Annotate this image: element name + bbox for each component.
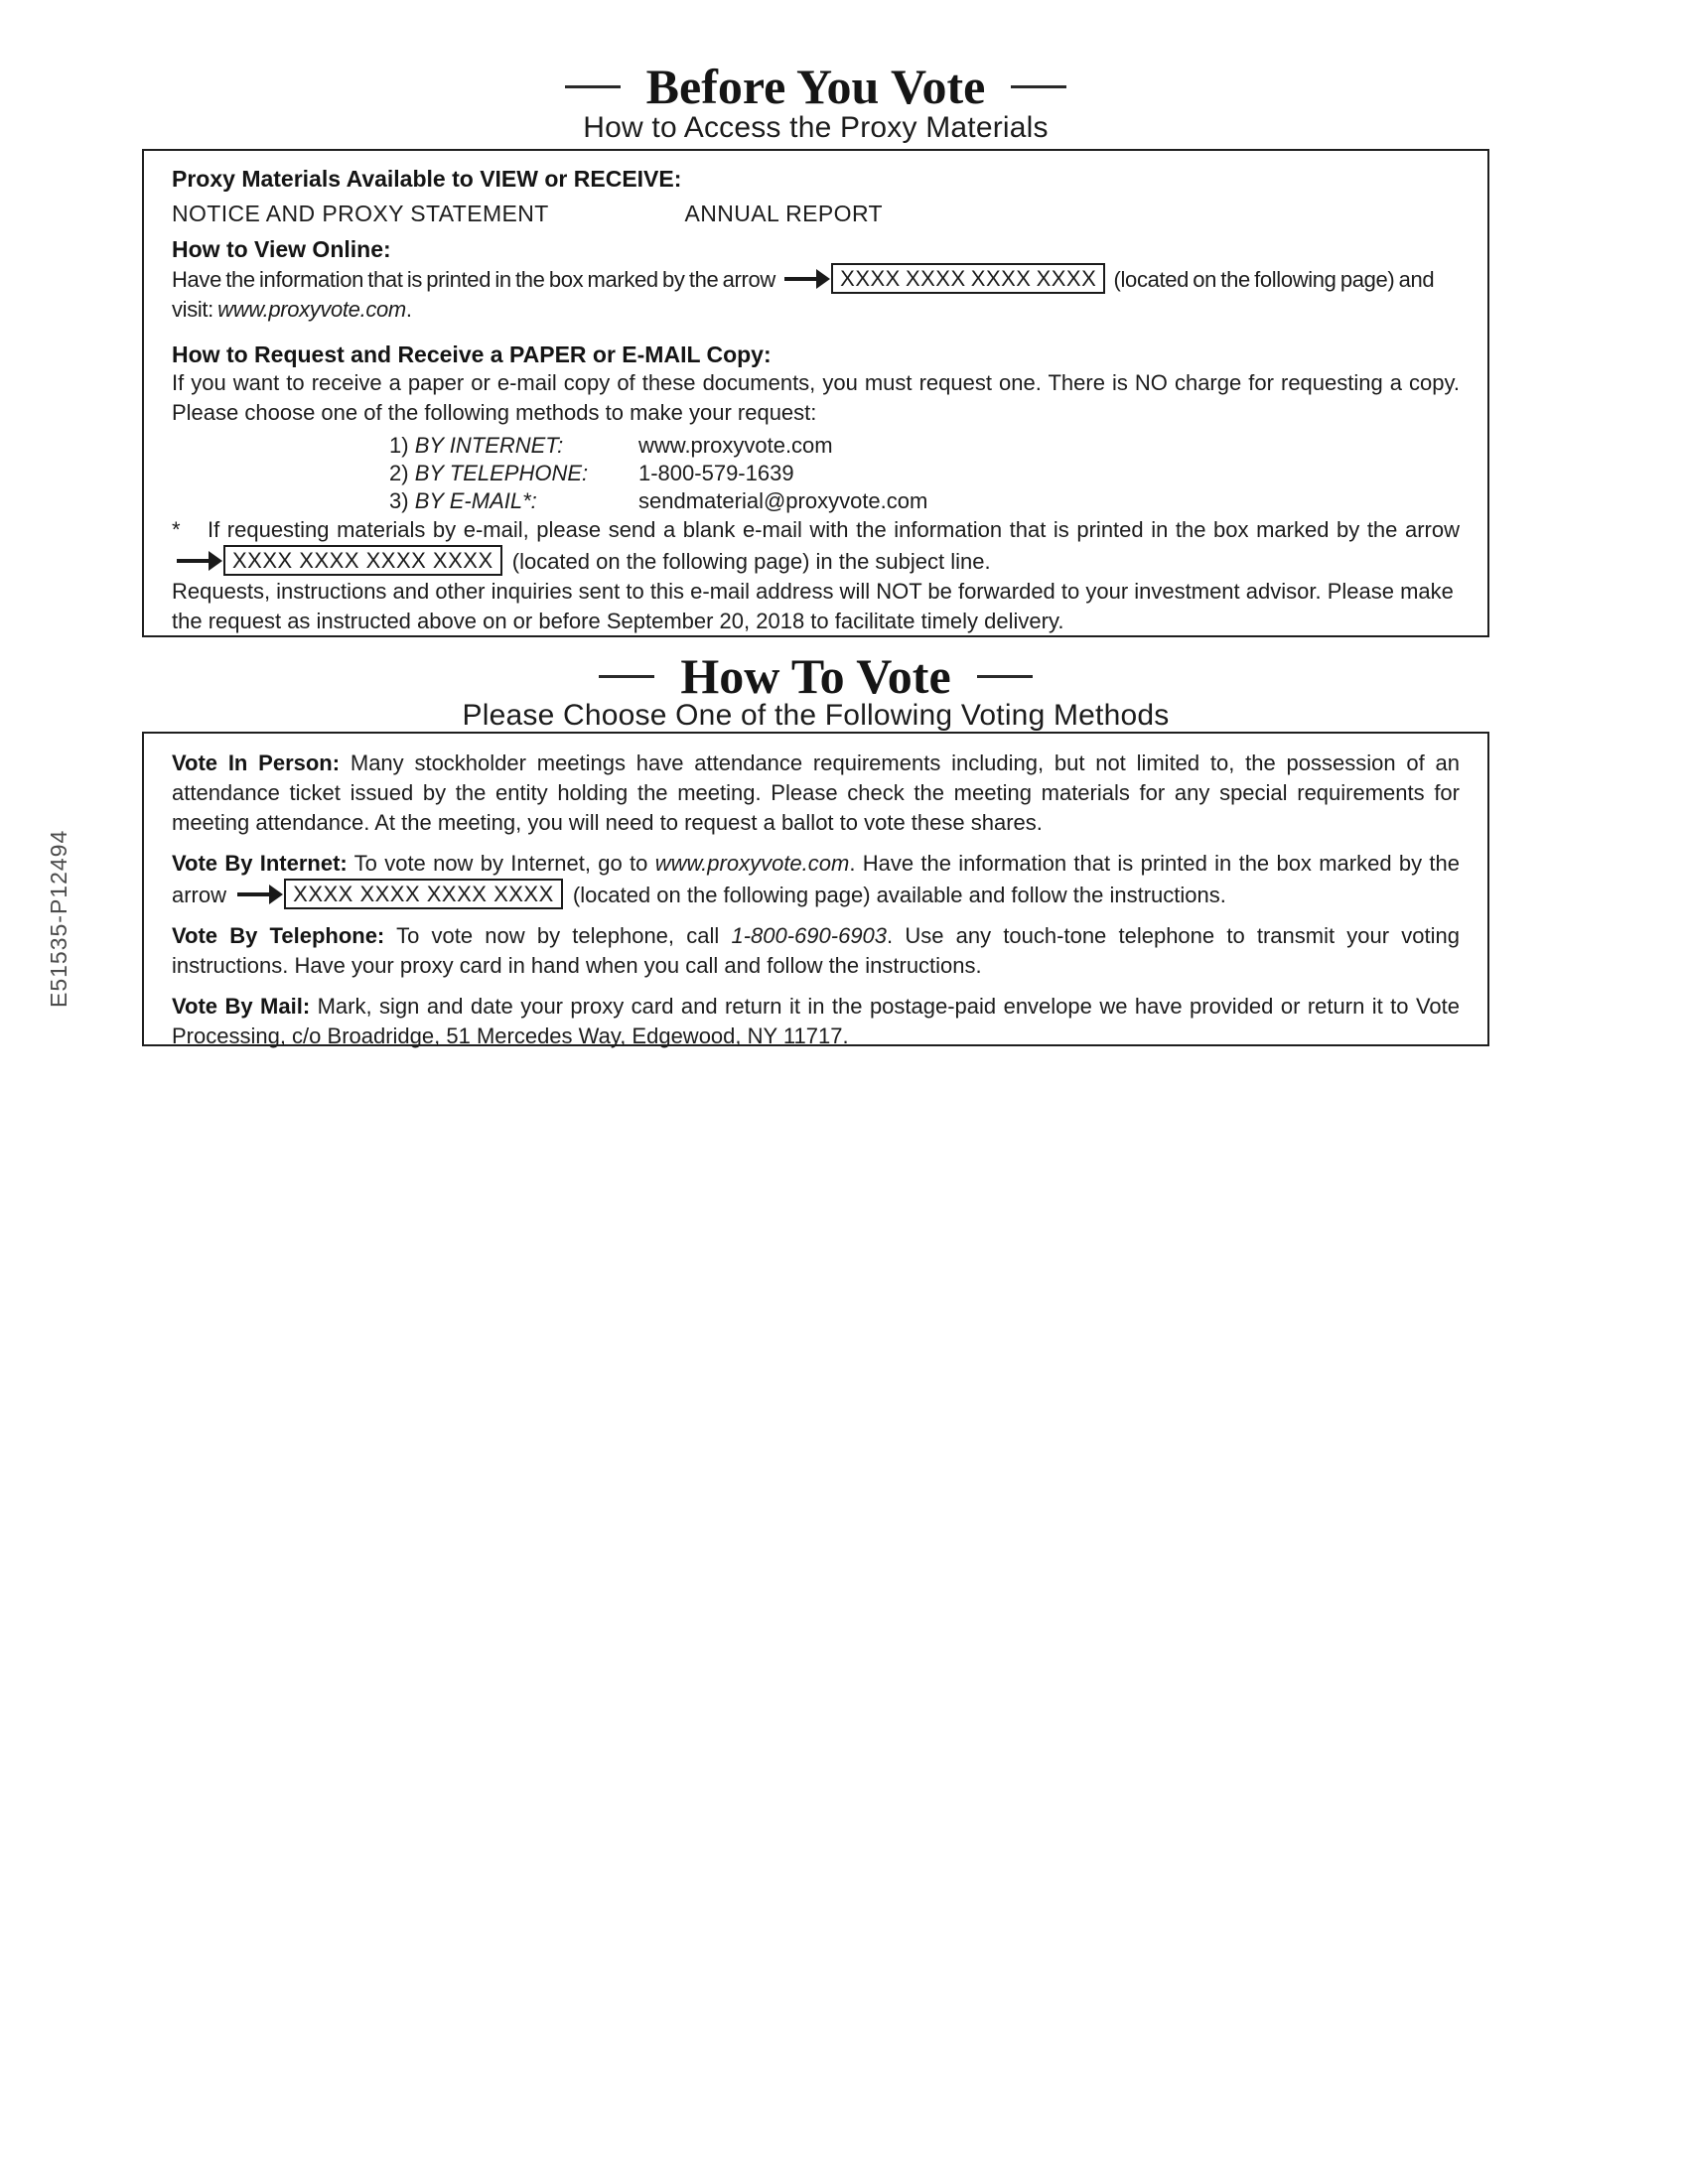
before-you-vote-title-row: Before You Vote <box>142 58 1489 115</box>
method-label: 3) BY E-MAIL*: <box>389 487 638 515</box>
email-note-pre: If requesting materials by e-mail, pleas… <box>208 517 1460 542</box>
proxy-document-page: Before You Vote How to Access the Proxy … <box>0 0 1688 2184</box>
vote-by-telephone-paragraph: Vote By Telephone: To vote now by teleph… <box>172 921 1460 981</box>
how-to-vote-title-row: How To Vote <box>142 647 1489 705</box>
voting-methods-box: Vote In Person: Many stockholder meeting… <box>142 732 1489 1046</box>
method-value: www.proxyvote.com <box>638 432 833 460</box>
method-label: 2) BY TELEPHONE: <box>389 460 638 487</box>
title-dash-left <box>599 675 654 678</box>
footnote-asterisk: * <box>172 515 208 545</box>
vote-by-telephone-label: Vote By Telephone: <box>172 923 384 948</box>
method-row-email: 3) BY E-MAIL*: sendmaterial@proxyvote.co… <box>389 487 1460 515</box>
vote-by-mail-text: Mark, sign and date your proxy card and … <box>172 994 1460 1048</box>
access-materials-box: Proxy Materials Available to VIEW or REC… <box>142 149 1489 637</box>
control-number-box: XXXX XXXX XXXX XXXX <box>831 263 1105 294</box>
request-intro-paragraph: If you want to receive a paper or e-mail… <box>172 368 1460 428</box>
how-to-vote-subtitle: Please Choose One of the Following Votin… <box>142 699 1489 733</box>
right-arrow-icon <box>784 269 830 289</box>
proxyvote-url: www.proxyvote.com <box>217 297 406 322</box>
request-method-list: 1) BY INTERNET: www.proxyvote.com 2) BY … <box>389 432 1460 515</box>
vote-by-internet-paragraph: Vote By Internet: To vote now by Interne… <box>172 849 1460 910</box>
right-arrow-icon <box>177 551 222 571</box>
method-number: 1) <box>389 433 409 458</box>
title-dash-left <box>565 85 621 88</box>
material-annual-report: ANNUAL REPORT <box>685 201 883 226</box>
available-heading: Proxy Materials Available to VIEW or REC… <box>172 165 1460 193</box>
method-number: 2) <box>389 461 409 485</box>
view-online-text-pre: Have the information that is printed in … <box>172 267 775 292</box>
material-notice-proxy-statement: NOTICE AND PROXY STATEMENT <box>172 200 679 227</box>
method-name: BY E-MAIL*: <box>415 488 537 513</box>
vote-by-internet-post: (located on the following page) availabl… <box>573 883 1226 907</box>
vote-by-internet-pre: To vote now by Internet, go to <box>354 851 648 876</box>
advisor-note-paragraph: Requests, instructions and other inquiri… <box>172 577 1460 636</box>
method-row-internet: 1) BY INTERNET: www.proxyvote.com <box>389 432 1460 460</box>
right-arrow-icon <box>237 885 283 904</box>
view-online-text-end: . <box>406 297 412 322</box>
method-label: 1) BY INTERNET: <box>389 432 638 460</box>
method-value: 1-800-579-1639 <box>638 460 794 487</box>
vote-by-internet-label: Vote By Internet: <box>172 851 348 876</box>
control-number-box: XXXX XXXX XXXX XXXX <box>223 545 502 576</box>
control-number-box: XXXX XXXX XXXX XXXX <box>284 879 563 909</box>
telephone-number: 1-800-690-6903 <box>731 923 887 948</box>
vote-in-person-paragraph: Vote In Person: Many stockholder meeting… <box>172 749 1460 838</box>
vote-by-mail-paragraph: Vote By Mail: Mark, sign and date your p… <box>172 992 1460 1051</box>
method-number: 3) <box>389 488 409 513</box>
method-name: BY TELEPHONE: <box>415 461 588 485</box>
how-to-vote-title: How To Vote <box>680 647 950 705</box>
method-value: sendmaterial@proxyvote.com <box>638 487 927 515</box>
title-dash-right <box>1011 85 1066 88</box>
vote-in-person-label: Vote In Person: <box>172 751 340 775</box>
vote-in-person-text: Many stockholder meetings have attendanc… <box>172 751 1460 835</box>
materials-line: NOTICE AND PROXY STATEMENT ANNUAL REPORT <box>172 200 1460 227</box>
proxyvote-url: www.proxyvote.com <box>655 851 850 876</box>
email-note-paragraph: *If requesting materials by e-mail, plea… <box>172 515 1460 577</box>
request-heading: How to Request and Receive a PAPER or E-… <box>172 341 1460 368</box>
before-you-vote-subtitle: How to Access the Proxy Materials <box>142 111 1489 145</box>
email-note-post: (located on the following page) in the s… <box>512 549 991 574</box>
vote-by-mail-label: Vote By Mail: <box>172 994 310 1019</box>
before-you-vote-title: Before You Vote <box>646 58 986 115</box>
method-row-telephone: 2) BY TELEPHONE: 1-800-579-1639 <box>389 460 1460 487</box>
document-job-code: E51535-P12494 <box>46 849 72 1008</box>
view-online-heading: How to View Online: <box>172 235 1460 263</box>
vote-by-telephone-pre: To vote now by telephone, call <box>396 923 719 948</box>
view-online-paragraph: Have the information that is printed in … <box>172 263 1460 325</box>
method-name: BY INTERNET: <box>415 433 564 458</box>
title-dash-right <box>977 675 1033 678</box>
